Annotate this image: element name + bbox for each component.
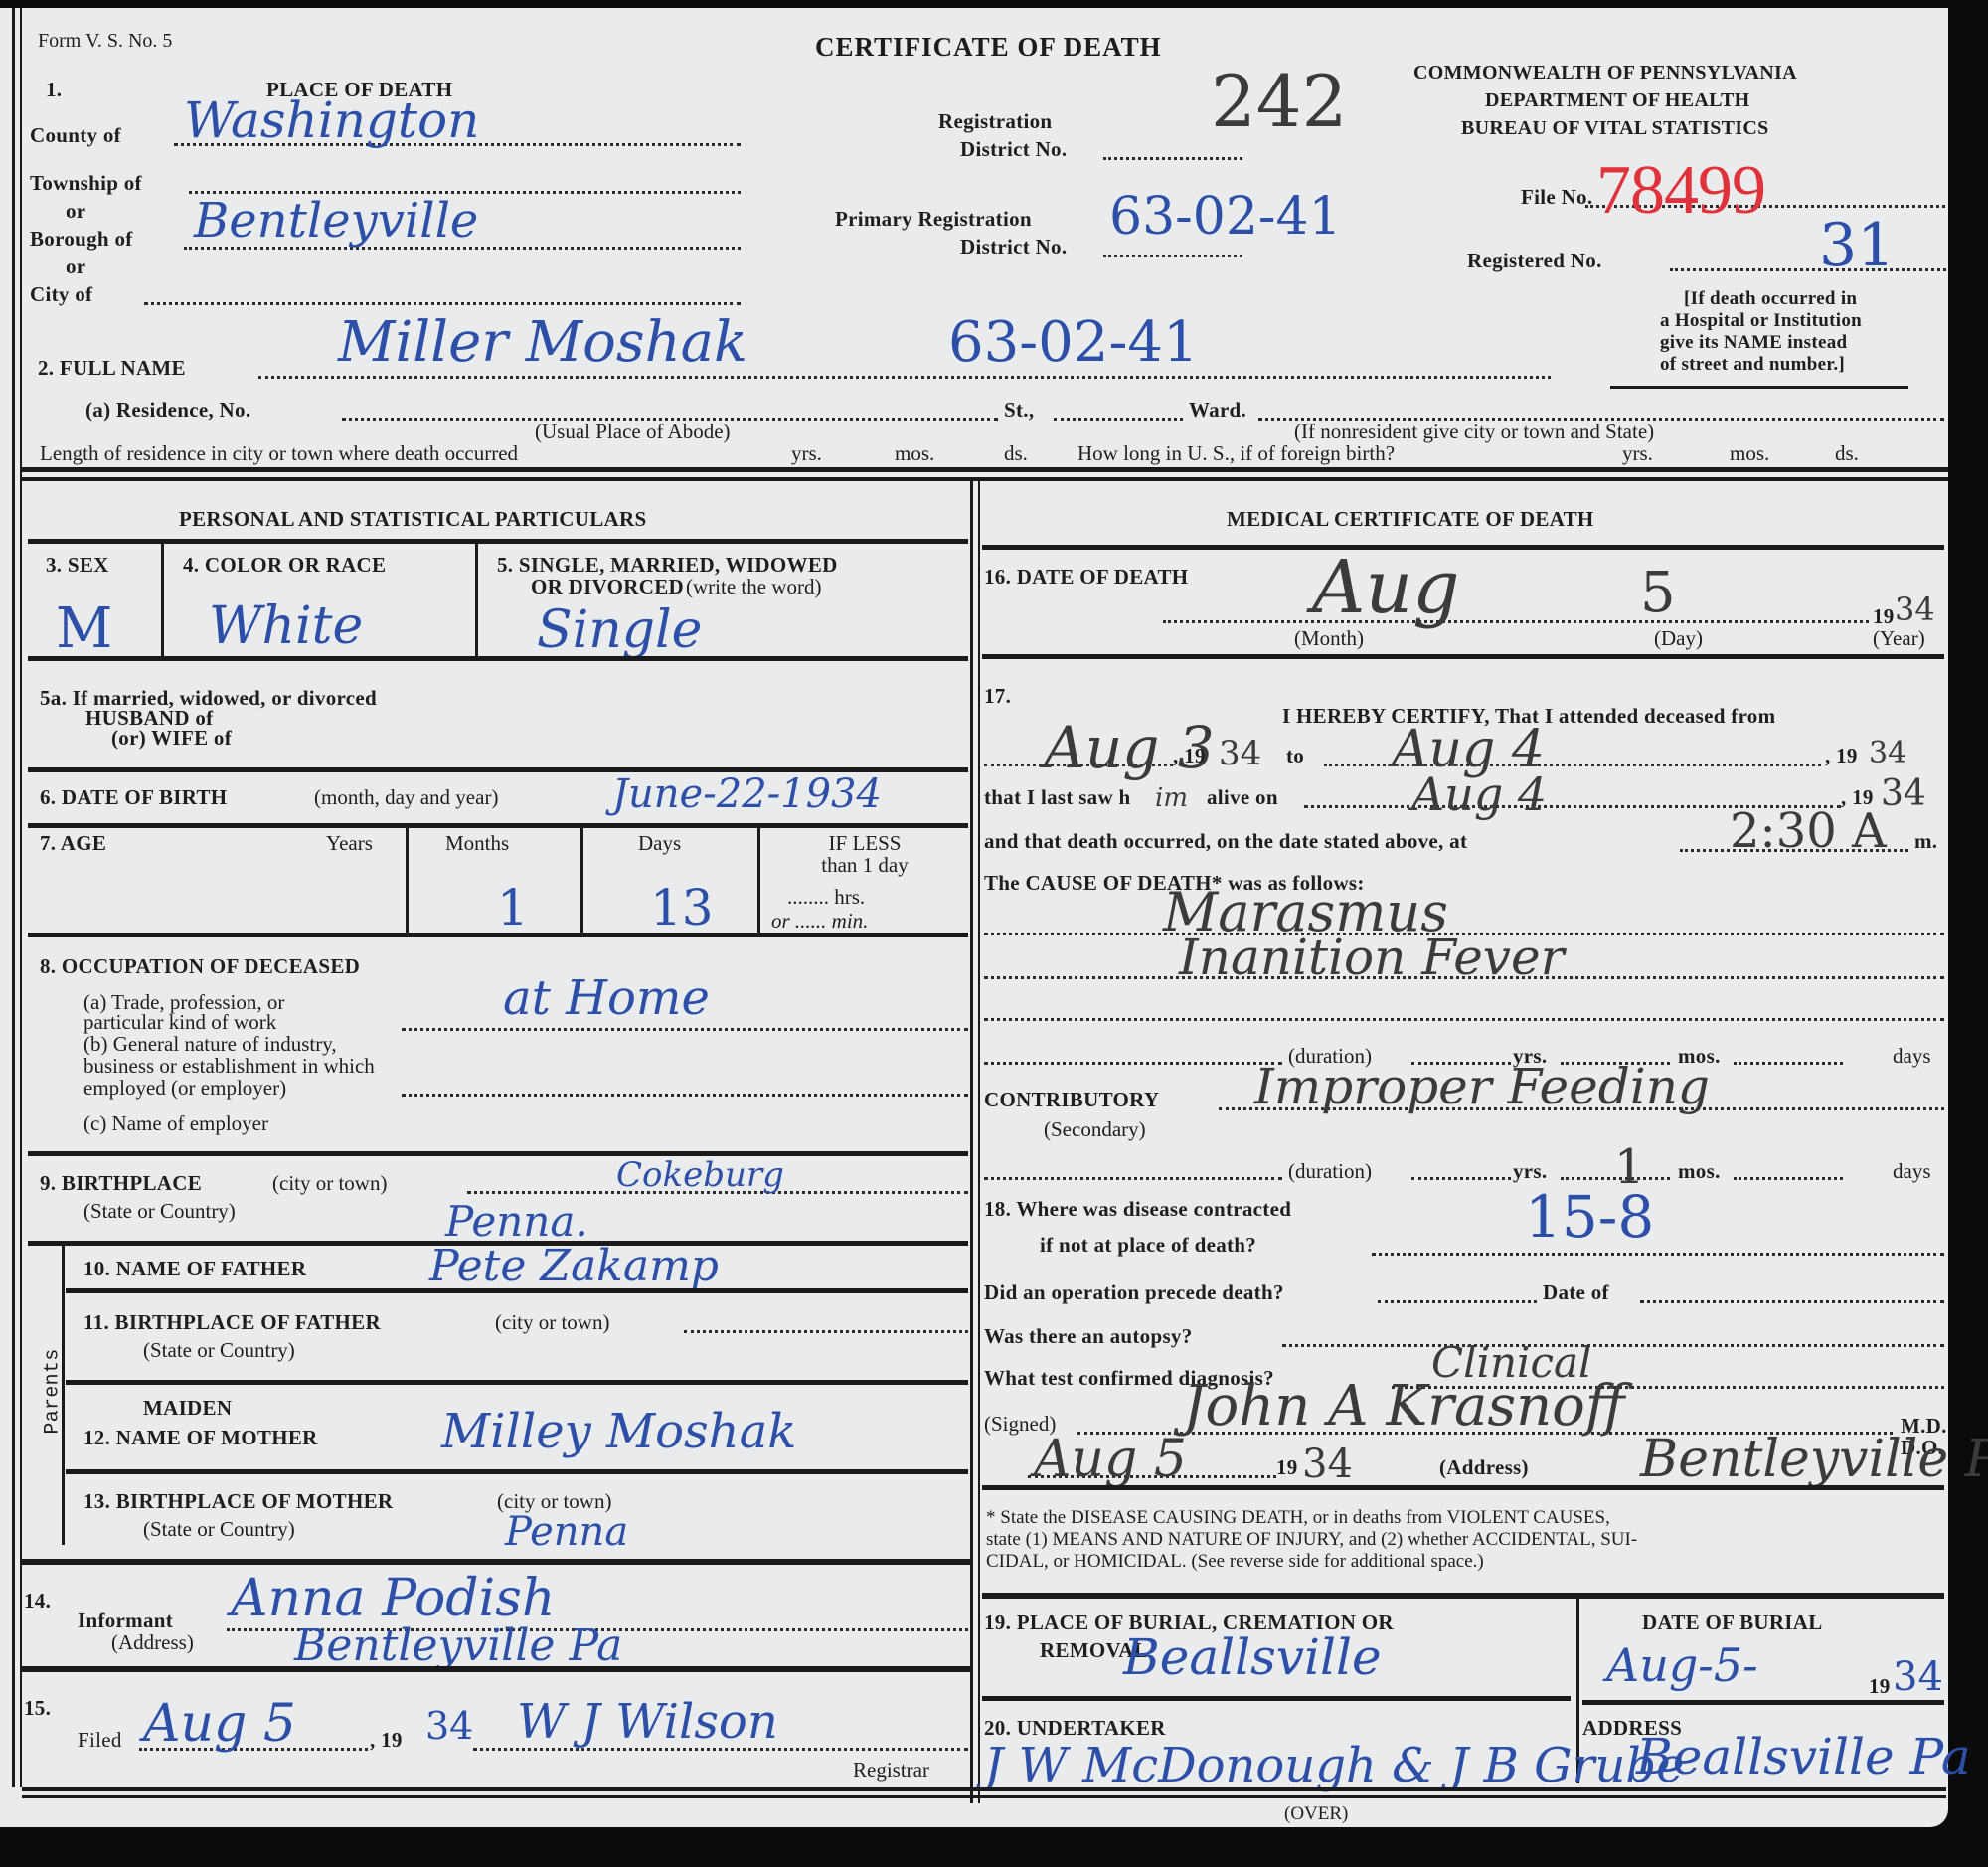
day-caption: (Day) [1654,626,1703,651]
operation-field-line[interactable] [1378,1300,1537,1303]
cause-duration-days-line[interactable] [1734,1062,1843,1065]
sex-value[interactable]: M [56,596,112,661]
parents-side-label: Parents [42,1348,65,1434]
row-rule-12 [66,1469,968,1474]
age-days-label: Days [638,831,681,856]
age-months-label: Months [445,831,509,856]
signed-year-prefix: 19 [1276,1455,1298,1480]
hospital-note-2: a Hospital or Institution [1660,310,1862,332]
hospital-note-4: of street and number.] [1660,354,1845,376]
certify-number: 17. [984,684,1011,709]
foreign-birth-label: How long in U. S., if of foreign birth? [1077,441,1395,466]
row-rule-13 [20,1559,970,1565]
am-pm-suffix: m. [1914,829,1937,854]
last-saw-year[interactable]: 34 [1881,773,1926,814]
registration-district-value[interactable]: 242 [1211,60,1347,143]
race-divider [475,541,478,658]
occupation-label: 8. OCCUPATION OF DECEASED [40,954,360,979]
footnote-line-3: CIDAL, or HOMICIDAL. (See reverse side f… [986,1551,1484,1573]
dob-label: 6. DATE OF BIRTH [40,785,227,810]
undertaker-value[interactable]: J W McDonough & J B Grube [984,1738,1684,1793]
row-rule-signature [982,1485,1944,1490]
father-birthplace-label: 11. BIRTHPLACE OF FATHER [83,1310,381,1335]
full-name-field-line [258,376,1551,379]
cause-duration-line [984,1062,1282,1065]
personal-section-heading: PERSONAL AND STATISTICAL PARTICULARS [179,507,646,532]
personal-heading-rule [28,539,968,544]
cause-of-death-secondary[interactable]: Inanition Fever [1179,929,1565,986]
row-rule-burial-right [1582,1700,1944,1705]
borough-value[interactable]: Bentleyville [194,193,478,249]
birthplace-value[interactable]: Cokeburg [616,1155,784,1195]
section-rule-top [22,467,1948,472]
year-caption: (Year) [1873,626,1925,651]
registration-label-1: Registration [938,109,1052,134]
disease-contracted-field-line [1372,1253,1944,1256]
footnote-line-2: state (1) MEANS AND NATURE OF INJURY, an… [986,1529,1637,1551]
informant-address-label: (Address) [111,1630,194,1655]
medical-section-heading: MEDICAL CERTIFICATE OF DEATH [1227,507,1594,532]
last-saw-label: that I last saw h [984,785,1130,810]
document-title: CERTIFICATE OF DEATH [815,32,1162,63]
mother-birthplace-label: 13. BIRTHPLACE OF MOTHER [83,1489,393,1514]
contrib-duration-label: (duration) [1288,1159,1372,1184]
physician-signature[interactable]: John A Krasnoff [1183,1374,1625,1439]
race-label: 4. COLOR OR RACE [183,553,386,578]
dob-note: (month, day and year) [314,785,498,810]
attended-to-label: to [1286,744,1304,768]
residence-label: (a) Residence, No. [85,398,250,423]
contrib-duration-days-label: days [1893,1159,1931,1184]
date-of-death-month[interactable]: Aug [1312,545,1459,630]
length-ds-label: ds. [1004,441,1028,466]
date-of-death-label: 16. DATE OF DEATH [984,565,1188,590]
occupation-b-label-3: employed (or employer) [83,1076,286,1101]
registrar-signature[interactable]: W J Wilson [517,1694,778,1750]
occupation-b-field-line[interactable] [402,1094,968,1097]
registered-number-field-line [1670,268,1946,271]
street-label: St., [1004,398,1034,423]
registration-label-2: District No. [960,137,1067,162]
primary-registration-field-line [1103,255,1242,257]
month-caption: (Month) [1294,626,1364,651]
attended-from-year[interactable]: 34 [1219,734,1261,773]
hospital-note-3: give its NAME instead [1660,332,1847,354]
burial-place-value[interactable]: Beallsville [1123,1628,1382,1686]
file-number-label: File No. [1521,185,1592,210]
burial-year-value[interactable]: 34 [1893,1654,1943,1700]
father-name-value[interactable]: Pete Zakamp [429,1241,719,1291]
bottom-rule-top [22,1787,1946,1791]
autopsy-label: Was there an autopsy? [984,1324,1193,1349]
occupation-a-field-line [402,1028,968,1031]
physician-address-label: (Address) [1439,1455,1529,1480]
registration-field-line [1103,157,1242,160]
contrib-duration-yrs-line[interactable] [1411,1177,1511,1180]
birthplace-state-label: (State or Country) [83,1199,236,1224]
informant-number: 14. [24,1589,51,1613]
father-state-label: (State or Country) [143,1338,295,1363]
cause-line-3[interactable] [984,1018,1944,1021]
registered-number-label: Registered No. [1467,249,1602,273]
filed-number: 15. [24,1696,51,1721]
signed-date-value[interactable]: Aug 5 [1034,1430,1187,1489]
county-value[interactable]: Washington [184,91,479,149]
length-mos-label: mos. [895,441,934,466]
header-rule [1610,386,1908,389]
birthplace-state-value[interactable]: Penna. [445,1197,588,1246]
disease-contracted-label-2: if not at place of death? [1040,1233,1256,1258]
filed-date-value[interactable]: Aug 5 [143,1694,296,1754]
age-days-value[interactable]: 13 [650,879,714,936]
disease-contracted-label-1: 18. Where was disease contracted [984,1197,1291,1222]
date-of-death-day[interactable]: 5 [1640,561,1676,625]
row-rule-10 [66,1288,968,1293]
row-rule-14 [20,1666,970,1672]
death-occurred-label: and that death occurred, on the date sta… [984,829,1467,854]
city-field-line [144,302,741,305]
row-rule-footnote [982,1593,1944,1599]
length-yrs-label: yrs. [791,441,822,466]
foreign-mos-label: mos. [1730,441,1769,466]
birthplace-label: 9. BIRTHPLACE [40,1171,202,1196]
contributory-value[interactable]: Improper Feeding [1254,1058,1710,1115]
contrib-duration-yrs-label: yrs. [1513,1159,1547,1184]
filed-label: Filed [78,1728,122,1753]
undertaker-address-value[interactable]: Beallsville Pa [1636,1728,1971,1785]
registered-number-value[interactable]: 31 [1819,211,1895,280]
mother-state-value[interactable]: Penna [505,1509,628,1555]
sex-label: 3. SEX [46,553,109,578]
age-days-divider [757,825,760,933]
occupation-a-value[interactable]: at Home [503,970,710,1026]
employer-label: (c) Name of employer [83,1111,268,1136]
less-than-day-label-2: than 1 day [765,853,964,878]
foreign-ds-label: ds. [1835,441,1859,466]
row-rule-5 [28,656,968,661]
date-of-death-year[interactable]: 34 [1895,591,1935,628]
registrar-label: Registrar [853,1758,929,1782]
autopsy-field-line[interactable] [1282,1344,1944,1347]
attended-to-year-prefix: , 19 [1825,744,1858,768]
ward-label: Ward. [1189,398,1246,423]
county-label: County of [30,123,121,148]
attended-to-year[interactable]: 34 [1869,736,1906,770]
medical-heading-rule [982,545,1944,550]
age-months-divider [580,825,583,933]
full-name-value[interactable]: Miller Moshak [338,310,747,375]
center-divider-inner [978,481,980,1803]
informant-address-value[interactable]: Bentleyville Pa [294,1620,622,1671]
or-label-1: or [66,199,85,224]
city-label: City of [30,282,92,307]
age-years-label: Years [326,831,373,856]
contributory-label: CONTRIBUTORY [984,1088,1159,1112]
burial-date-label: DATE OF BURIAL [1642,1611,1823,1635]
hours-field[interactable]: ........ hrs. [787,885,865,910]
primary-registration-repeat-value[interactable]: 63-02-41 [948,310,1199,375]
father-birthplace-field-line[interactable] [684,1330,968,1333]
last-saw-pronoun[interactable]: im [1155,783,1188,813]
operation-date-field-line[interactable] [1640,1300,1944,1303]
row-rule-7 [28,933,968,937]
form-number: Form V. S. No. 5 [38,30,172,53]
hospital-note-1: [If death occurred in [1684,288,1857,310]
street-field-line[interactable] [1054,418,1183,421]
primary-registration-label-2: District No. [960,235,1067,259]
agency-line-2: DEPARTMENT OF HEALTH [1485,89,1749,112]
father-name-label: 10. NAME OF FATHER [83,1257,306,1281]
filed-year-prefix: , 19 [370,1728,403,1753]
section-rule-bottom [22,477,1948,481]
abode-note: (Usual Place of Abode) [535,420,731,444]
place-of-death-number: 1. [46,78,62,102]
primary-registration-value[interactable]: 63-02-41 [1109,187,1342,247]
borough-label: Borough of [30,227,133,252]
township-label: Township of [30,171,142,196]
cause-duration-days-label: days [1893,1044,1931,1069]
over-label: (OVER) [1284,1803,1348,1825]
marital-label-2: OR DIVORCED [531,575,684,599]
length-of-residence-label: Length of residence in city or town wher… [40,441,518,466]
physician-address-value[interactable]: Bentleyville Pa [1640,1430,1988,1489]
birthplace-note: (city or town) [272,1171,387,1196]
father-birthplace-note: (city or town) [495,1310,609,1335]
death-certificate-document: Form V. S. No. 5 CERTIFICATE OF DEATH CO… [0,8,1948,1827]
or-label-2: or [66,255,85,279]
filed-year-value[interactable]: 34 [425,1704,473,1748]
file-number-stamp: 78499 [1596,151,1765,231]
row-rule-11 [66,1380,968,1385]
contrib-duration-mos-label: mos. [1678,1159,1721,1184]
row-rule-8 [28,1151,968,1156]
date-of-death-field-line [1163,620,1869,623]
disease-contracted-value[interactable]: 15-8 [1525,1183,1654,1251]
center-divider [970,481,973,1803]
full-name-label: 2. FULL NAME [38,356,186,381]
minutes-field[interactable]: or ...... min. [771,909,868,933]
operation-date-label: Date of [1543,1280,1609,1305]
agency-line-3: BUREAU OF VITAL STATISTICS [1461,117,1769,140]
left-border [12,8,15,1787]
alive-on-label: alive on [1207,785,1278,810]
spouse-label-3: (or) WIFE of [111,726,232,751]
sex-divider [161,541,164,658]
burial-year-prefix: 19 [1869,1674,1891,1699]
maiden-label: MAIDEN [143,1396,232,1421]
agency-line-1: COMMONWEALTH OF PENNSYLVANIA [1413,62,1797,85]
contrib-duration-line [984,1177,1282,1180]
age-years-divider [406,825,409,933]
death-time-value[interactable]: 2:30 A [1730,803,1887,859]
marital-label-3: (write the word) [686,575,821,599]
footnote-line-1: * State the DISEASE CAUSING DEATH, or in… [986,1507,1610,1529]
secondary-label: (Secondary) [1044,1117,1146,1142]
primary-registration-label-1: Primary Registration [835,207,1032,232]
row-rule-6 [28,823,968,828]
mother-state-label: (State or Country) [143,1517,295,1542]
dob-value[interactable]: June-22-1934 [612,771,882,817]
age-months-value[interactable]: 1 [497,879,529,936]
race-value[interactable]: White [209,596,363,656]
row-rule-burial-left [982,1696,1571,1701]
left-border-inner [20,8,22,1787]
attended-from-year-prefix: , 19 [1173,744,1206,768]
mother-name-value[interactable]: Milley Moshak [441,1404,796,1459]
age-label: 7. AGE [40,831,106,856]
burial-date-value[interactable]: Aug-5- [1606,1638,1758,1692]
last-saw-value[interactable]: Aug 4 [1411,767,1547,821]
row-rule-16 [982,654,1944,659]
foreign-yrs-label: yrs. [1622,441,1653,466]
marital-value[interactable]: Single [537,600,702,660]
signed-year-value[interactable]: 34 [1302,1442,1353,1487]
operation-label: Did an operation precede death? [984,1280,1284,1305]
informant-value[interactable]: Anna Podish [231,1569,555,1628]
contrib-duration-days-line[interactable] [1734,1177,1843,1180]
mother-name-label: 12. NAME OF MOTHER [83,1426,318,1450]
bottom-rule-bottom [22,1795,1946,1798]
